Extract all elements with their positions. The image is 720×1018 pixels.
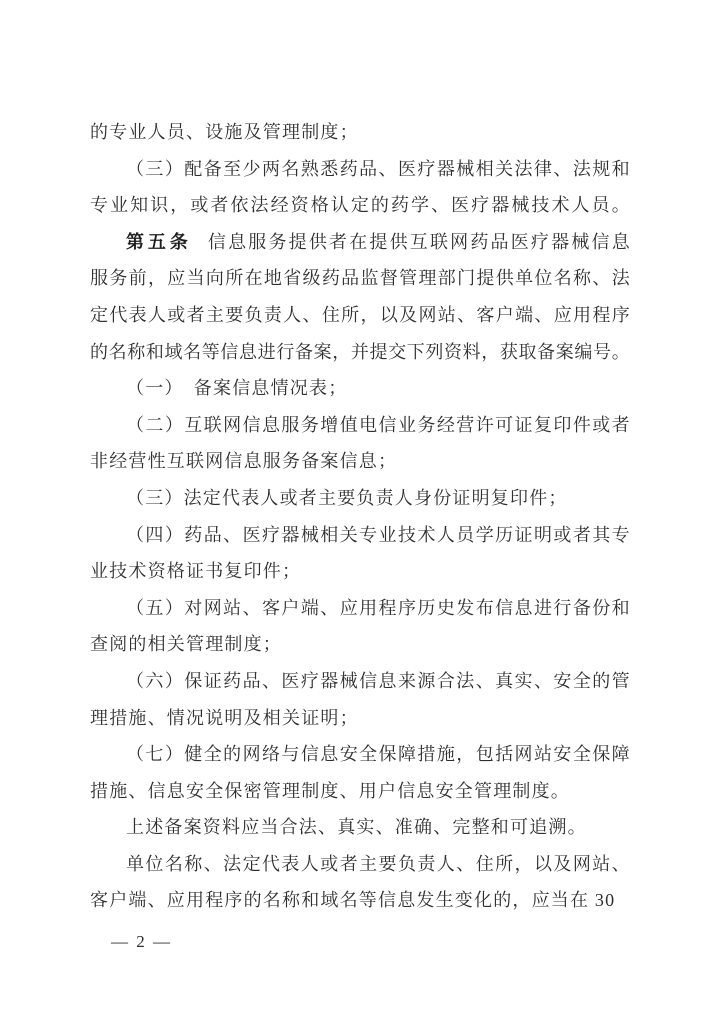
text-line: （三）法定代表人或者主要负责人身份证明复印件； bbox=[90, 480, 630, 517]
text-line: （三）配备至少两名熟悉药品、医疗器械相关法律、法规和 bbox=[90, 151, 630, 188]
text-line: 理措施、情况说明及相关证明； bbox=[90, 700, 630, 737]
text-line: （七）健全的网络与信息安全保障措施，包括网站安全保障 bbox=[90, 736, 630, 773]
text-line: （四）药品、医疗器械相关专业技术人员学历证明或者其专 bbox=[90, 517, 630, 554]
text-line: （二）互联网信息服务增值电信业务经营许可证复印件或者 bbox=[90, 407, 630, 444]
text-line: 专业知识，或者依法经资格认定的药学、医疗器械技术人员。 bbox=[90, 187, 630, 224]
article-number: 第五条 bbox=[126, 232, 192, 252]
text-line: 第五条信息服务提供者在提供互联网药品医疗器械信息 bbox=[90, 224, 630, 261]
text-line: 客户端、应用程序的名称和域名等信息发生变化的，应当在 30 bbox=[90, 882, 630, 919]
text-line: 的名称和域名等信息进行备案，并提交下列资料，获取备案编号。 bbox=[90, 334, 630, 371]
text-line: （六）保证药品、医疗器械信息来源合法、真实、安全的管 bbox=[90, 663, 630, 700]
page-number: — 2 — bbox=[111, 932, 172, 952]
text-line: 非经营性互联网信息服务备案信息； bbox=[90, 443, 630, 480]
text-line: 单位名称、法定代表人或者主要负责人、住所，以及网站、 bbox=[90, 846, 630, 883]
text-line: 服务前，应当向所在地省级药品监督管理部门提供单位名称、法 bbox=[90, 260, 630, 297]
document-body: 的专业人员、设施及管理制度；（三）配备至少两名熟悉药品、医疗器械相关法律、法规和… bbox=[90, 114, 630, 919]
text-line: （五）对网站、客户端、应用程序历史发布信息进行备份和 bbox=[90, 590, 630, 627]
text-line: （一） 备案信息情况表； bbox=[90, 370, 630, 407]
document-page: 的专业人员、设施及管理制度；（三）配备至少两名熟悉药品、医疗器械相关法律、法规和… bbox=[0, 0, 720, 1018]
text-line: 上述备案资料应当合法、真实、准确、完整和可追溯。 bbox=[90, 809, 630, 846]
text-line: 查阅的相关管理制度； bbox=[90, 626, 630, 663]
text-line: 的专业人员、设施及管理制度； bbox=[90, 114, 630, 151]
text-line: 业技术资格证书复印件； bbox=[90, 553, 630, 590]
text-line: 定代表人或者主要负责人、住所，以及网站、客户端、应用程序 bbox=[90, 297, 630, 334]
text-line: 措施、信息安全保密管理制度、用户信息安全管理制度。 bbox=[90, 773, 630, 810]
